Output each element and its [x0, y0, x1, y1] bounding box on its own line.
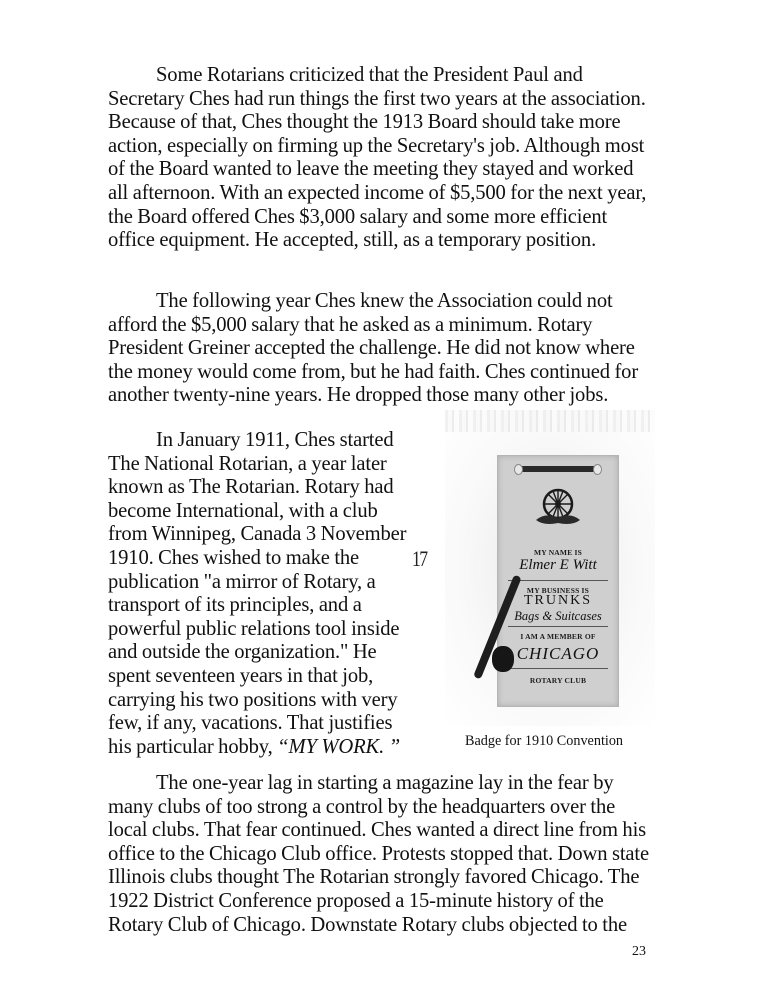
text-line: the money would come from, but he had fa…: [108, 361, 668, 385]
text-line: from Winnipeg, Canada 3 November: [108, 523, 418, 547]
text-line: become International, with a club: [108, 500, 418, 524]
paragraph-following-year: The following year Ches knew the Associa…: [108, 290, 668, 408]
text-line: The National Rotarian, a year later: [108, 453, 418, 477]
text-line: many clubs of too strong a control by th…: [108, 796, 668, 820]
text-line: Some Rotarians criticized that the Presi…: [108, 64, 668, 88]
text-line: of the Board wanted to leave the meeting…: [108, 158, 668, 182]
wagon-wheel-icon: [534, 486, 582, 528]
badge-club-suffix: ROTARY CLUB: [498, 676, 618, 685]
badge-label-member: I AM A MEMBER OF: [498, 632, 618, 641]
text-line: Illinois clubs thought The Rotarian stro…: [108, 866, 668, 890]
text-line: his particular hobby, “MY WORK. ”: [108, 736, 418, 760]
text-line: Rotary Club of Chicago. Downstate Rotary…: [108, 914, 668, 938]
text-line: the Board offered Ches $3,000 salary and…: [108, 206, 668, 230]
text-line: spent seventeen years in that job,: [108, 665, 418, 689]
figure-caption: Badge for 1910 Convention: [465, 733, 623, 750]
text-line: office to the Chicago Club office. Prote…: [108, 843, 668, 867]
text-line: and outside the organization." He: [108, 641, 418, 665]
text-line: President Greiner accepted the challenge…: [108, 337, 668, 361]
badge-name: Elmer E Witt: [498, 557, 618, 574]
text-line: publication "a mirror of Rotary, a: [108, 571, 418, 595]
badge-label-name: MY NAME IS: [498, 548, 618, 557]
text-run: his particular hobby,: [108, 736, 277, 758]
badge-tassel: [492, 646, 514, 672]
text-line: Secretary Ches had run things the first …: [108, 88, 668, 112]
convention-badge: MY NAME IS Elmer E Witt MY BUSINESS IS T…: [497, 455, 619, 707]
badge-divider: [508, 626, 608, 627]
badge-hanging-loop: [520, 466, 596, 472]
text-line: local clubs. That fear continued. Ches w…: [108, 819, 668, 843]
document-page: Some Rotarians criticized that the Presi…: [0, 0, 768, 997]
badge-business-line2: Bags & Suitcases: [498, 609, 618, 624]
text-line: In January 1911, Ches started: [108, 429, 418, 453]
text-line: all afternoon. With an expected income o…: [108, 182, 668, 206]
badge-divider: [508, 580, 608, 581]
text-line: powerful public relations tool inside: [108, 618, 418, 642]
badge-club-city: CHICAGO: [498, 644, 618, 664]
paragraph-national-rotarian: In January 1911, Ches started The Nation…: [108, 429, 418, 759]
text-line: afford the $5,000 salary that he asked a…: [108, 314, 668, 338]
page-number: 23: [632, 944, 646, 960]
figure-marker: 17: [412, 546, 426, 572]
text-line: transport of its principles, and a: [108, 594, 418, 618]
text-line: 1922 District Conference proposed a 15-m…: [108, 890, 668, 914]
text-line: Because of that, Ches thought the 1913 B…: [108, 111, 668, 135]
badge-photo: MY NAME IS Elmer E Witt MY BUSINESS IS T…: [445, 410, 655, 726]
text-line: The one-year lag in starting a magazine …: [108, 772, 668, 796]
paragraph-board-1913: Some Rotarians criticized that the Presi…: [108, 64, 668, 253]
text-line: another twenty-nine years. He dropped th…: [108, 384, 668, 408]
text-line: known as The Rotarian. Rotary had: [108, 476, 418, 500]
badge-business-line1: TRUNKS: [498, 593, 618, 609]
badge-divider: [508, 668, 608, 669]
italic-quote-my-work: “MY WORK. ”: [277, 736, 400, 758]
paragraph-one-year-lag: The one-year lag in starting a magazine …: [108, 772, 668, 937]
text-line: 1910. Ches wished to make the: [108, 547, 418, 571]
text-line: few, if any, vacations. That justifies: [108, 712, 418, 736]
text-line: action, especially on firming up the Sec…: [108, 135, 668, 159]
text-line: carrying his two positions with very: [108, 689, 418, 713]
scan-noise: [445, 410, 655, 432]
text-line: office equipment. He accepted, still, as…: [108, 229, 668, 253]
text-line: The following year Ches knew the Associa…: [108, 290, 668, 314]
